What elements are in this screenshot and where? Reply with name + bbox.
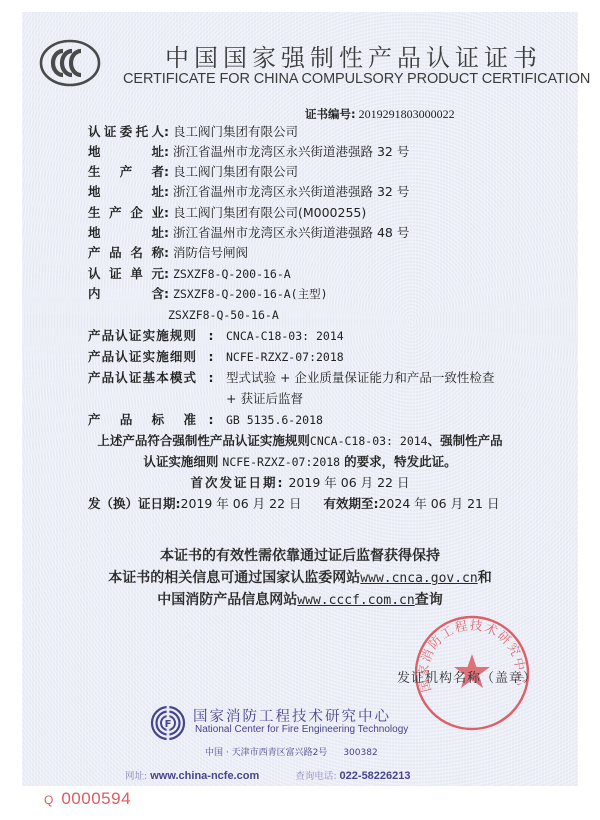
- issuing-org-name-en: National Center for Fire Engineering Tec…: [195, 724, 408, 735]
- field-value: + 获证后监督: [226, 389, 303, 409]
- issuer-name-label: 发证机构名称（盖章）: [397, 667, 537, 686]
- field-value: 消防信号闸阀: [173, 243, 248, 263]
- certificate-number: 证书编号: 2019291803000022: [305, 106, 455, 122]
- field-value: ZSXZF8-Q-200-16-A: [173, 264, 291, 284]
- serial-number: Q0000594: [44, 789, 131, 809]
- field-label: 产品认证基本模式: [88, 368, 196, 388]
- field-applicant: 认证委托人 : 良工阀门集团有限公司: [88, 122, 298, 142]
- serial-prefix: Q: [44, 793, 53, 807]
- field-value: GB 5135.6-2018: [226, 410, 323, 430]
- field-value: 浙江省温州市龙湾区永兴街道港强路 32 号: [173, 182, 409, 202]
- field-label: 地址: [88, 142, 164, 162]
- issuing-org-contact: 网址: www.china-ncfe.com 查询电话: 022-5822621…: [125, 768, 411, 782]
- svg-text:F: F: [165, 719, 172, 730]
- field-applicant-address: 地址: 浙江省温州市龙湾区永兴街道港强路 32 号: [88, 142, 409, 162]
- field-contains-continued: ZSXZF8-Q-50-16-A: [168, 305, 279, 325]
- issue-validity-dates: 发（换）证日期:2019 年 06 月 22 日 有效期至:2024 年 06 …: [88, 494, 499, 514]
- certificate-title-cn: 中国国家强制性产品认证证书: [165, 38, 542, 73]
- validity-notice: 本证书的有效性需依靠通过证后监督获得保持: [0, 545, 600, 567]
- field-label: 认证单元: [88, 264, 164, 284]
- verification-notice-line2: 中国消防产品信息网站www.cccf.com.cn查询: [0, 589, 600, 612]
- verification-notice-line1: 本证书的相关信息可通过国家认监委网站www.cnca.gov.cn和: [0, 567, 600, 590]
- field-label: 产品认证实施细则: [88, 347, 196, 367]
- first-issue-date: 首次发证日期: 2019 年 06 月 22 日: [0, 473, 600, 493]
- field-label: 内含: [88, 284, 164, 304]
- org-phone-number: 022-58226213: [340, 770, 411, 782]
- issuing-org-address: 中国 · 天津市西青区富兴路2号300382: [205, 745, 378, 758]
- field-label: 认证委托人: [88, 122, 164, 142]
- field-value: CNCA-C18-03: 2014: [226, 326, 344, 346]
- field-label: 产品标准: [88, 410, 196, 430]
- conformity-statement-line1: 上述产品符合强制性产品认证实施规则CNCA-C18-03: 2014、强制性产品: [0, 431, 600, 451]
- field-label: 产品名称: [88, 243, 164, 263]
- issue-date-label: 发（换）证日期:: [88, 496, 181, 511]
- field-manufacturer-address: 地址: 浙江省温州市龙湾区永兴街道港强路 32 号: [88, 182, 409, 202]
- field-value: 浙江省温州市龙湾区永兴街道港强路 32 号: [173, 142, 409, 162]
- field-manufacturer: 生产者: 良工阀门集团有限公司: [88, 162, 298, 182]
- field-label: 生产企业: [88, 203, 164, 223]
- field-product-name: 产品名称: 消防信号闸阀: [88, 243, 248, 263]
- serial-value: 0000594: [61, 789, 131, 808]
- field-value: 浙江省温州市龙湾区永兴街道港强路 48 号: [173, 223, 409, 243]
- cccf-website-link[interactable]: www.cccf.com.cn: [297, 593, 414, 608]
- field-implementation-rule: 产品认证实施规则:CNCA-C18-03: 2014: [88, 326, 344, 346]
- valid-until-value: 2024 年 06 月 21 日: [378, 496, 499, 511]
- field-implementation-detail: 产品认证实施细则:NCFE-RZXZ-07:2018: [88, 347, 344, 367]
- field-value: 良工阀门集团有限公司: [173, 162, 298, 182]
- field-product-standard: 产品标准:GB 5135.6-2018: [88, 410, 323, 430]
- conformity-statement-line2: 认证实施细则 NCFE-RZXZ-07:2018 的要求，特发此证。: [0, 452, 600, 472]
- field-value: ZSXZF8-Q-50-16-A: [168, 305, 279, 325]
- postal-code: 300382: [343, 748, 377, 758]
- field-value: 良工阀门集团有限公司(M000255): [173, 203, 366, 223]
- org-website-link[interactable]: www.china-ncfe.com: [150, 770, 259, 782]
- field-factory-address: 地址: 浙江省温州市龙湾区永兴街道港强路 48 号: [88, 223, 409, 243]
- field-certification-mode: 产品认证基本模式:型式试验 + 企业质量保证能力和产品一致性检查: [88, 368, 494, 388]
- fire-center-logo-icon: F: [150, 705, 186, 741]
- field-label: 地址: [88, 223, 164, 243]
- field-cert-unit: 认证单元: ZSXZF8-Q-200-16-A: [88, 264, 291, 284]
- field-label: 产品认证实施规则: [88, 326, 196, 346]
- issuing-org-name-cn: 国家消防工程技术研究中心: [193, 705, 391, 726]
- field-contains: 内含: ZSXZF8-Q-200-16-A(主型): [88, 284, 328, 304]
- field-label: 生产者: [88, 162, 164, 182]
- issue-date-value: 2019 年 06 月 22 日: [181, 496, 302, 511]
- field-value: 良工阀门集团有限公司: [173, 122, 298, 142]
- field-value: ZSXZF8-Q-200-16-A(主型): [173, 284, 328, 304]
- certificate-number-value: 2019291803000022: [359, 107, 455, 121]
- ccc-mark-icon: [38, 38, 102, 88]
- field-label: 地址: [88, 182, 164, 202]
- field-factory: 生产企业: 良工阀门集团有限公司(M000255): [88, 203, 366, 223]
- valid-until-label: 有效期至:: [323, 496, 378, 511]
- cnca-website-link[interactable]: www.cnca.gov.cn: [360, 571, 477, 586]
- certificate-title-en: CERTIFICATE FOR CHINA COMPULSORY PRODUCT…: [123, 71, 590, 87]
- certificate-number-label: 证书编号:: [305, 106, 356, 122]
- field-value: NCFE-RZXZ-07:2018: [226, 347, 344, 367]
- field-value: 型式试验 + 企业质量保证能力和产品一致性检查: [226, 368, 494, 388]
- field-certification-mode-continued: + 获证后监督: [226, 389, 303, 409]
